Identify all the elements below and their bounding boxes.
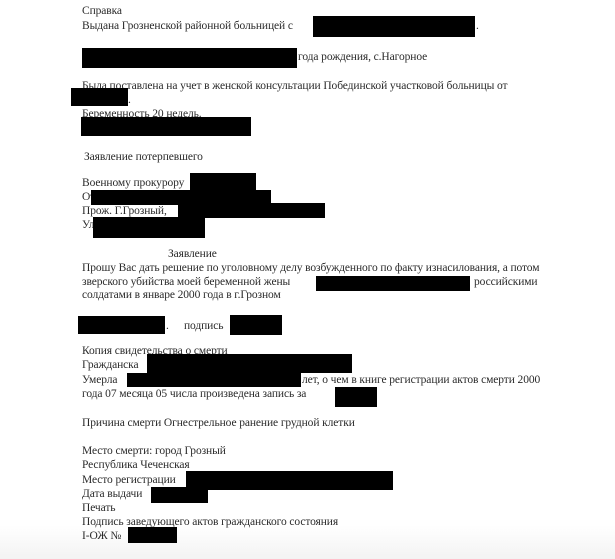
- redaction-box: [335, 387, 377, 407]
- statement-line-2b: российскими: [474, 276, 537, 289]
- issued-by-text: Выдана Грозненской районной больницей с: [82, 20, 293, 32]
- redaction-box: [151, 487, 208, 503]
- certificate-number-label: I-ОЖ №: [82, 530, 121, 543]
- redaction-box: [313, 16, 475, 37]
- redaction-box: [186, 471, 393, 490]
- signature-label: подпись: [184, 320, 223, 333]
- redaction-box: [78, 316, 165, 334]
- registered-line: Была поставлена на учет в женской консул…: [82, 80, 507, 93]
- cause-of-death: Причина смерти Огнестрельное ранение гру…: [82, 417, 355, 430]
- redaction-box: [190, 173, 256, 190]
- issue-date-label: Дата выдачи: [82, 488, 142, 501]
- died-label: Умерла: [82, 374, 117, 387]
- redaction-box: [71, 88, 128, 106]
- issued-by-line: Выдана Грозненской районной больницей с: [82, 20, 293, 33]
- redaction-box: [128, 527, 177, 543]
- redaction-box: [82, 48, 297, 68]
- place-of-death: Место смерти: город Грозный: [82, 445, 226, 458]
- statement-heading: Заявление: [168, 248, 217, 261]
- redaction-box: [178, 203, 325, 218]
- redaction-box: [147, 354, 352, 373]
- birth-line: года рождения, с.Нагорное: [298, 51, 427, 64]
- redaction-box: [230, 315, 282, 335]
- statement-line-3: солдатами в январе 2000 года в г.Грозном: [82, 289, 281, 302]
- registrar-signature: Подпись заведующего актов гражданского с…: [82, 516, 338, 529]
- redaction-box: [127, 373, 301, 387]
- citizen-line: Гражданска: [82, 359, 138, 372]
- issued-by-end: .: [476, 20, 479, 33]
- registered-end: .: [128, 94, 131, 107]
- registration-place-label: Место регистрации: [82, 474, 176, 487]
- heading-spravka: Справка: [82, 5, 122, 18]
- victim-statement-heading: Заявление потерпевшего: [84, 151, 203, 164]
- died-line-end: лет, о чем в книге регистрации актов сме…: [302, 374, 540, 387]
- statement-line-2a: зверского убийства моей беременной жены: [82, 276, 290, 289]
- statement-line-1: Прошу Вас дать решение по уголовному дел…: [82, 262, 539, 275]
- record-line: года 07 месяца 05 числа произведена запи…: [82, 388, 306, 401]
- redaction-box: [316, 276, 470, 291]
- addressee-line: Военному прокурору: [82, 177, 184, 190]
- redaction-box: [93, 217, 205, 238]
- republic-line: Республика Чеченская: [82, 459, 190, 472]
- redaction-box: [81, 117, 251, 136]
- seal-label: Печать: [82, 502, 115, 515]
- signature-dot: .: [166, 320, 169, 333]
